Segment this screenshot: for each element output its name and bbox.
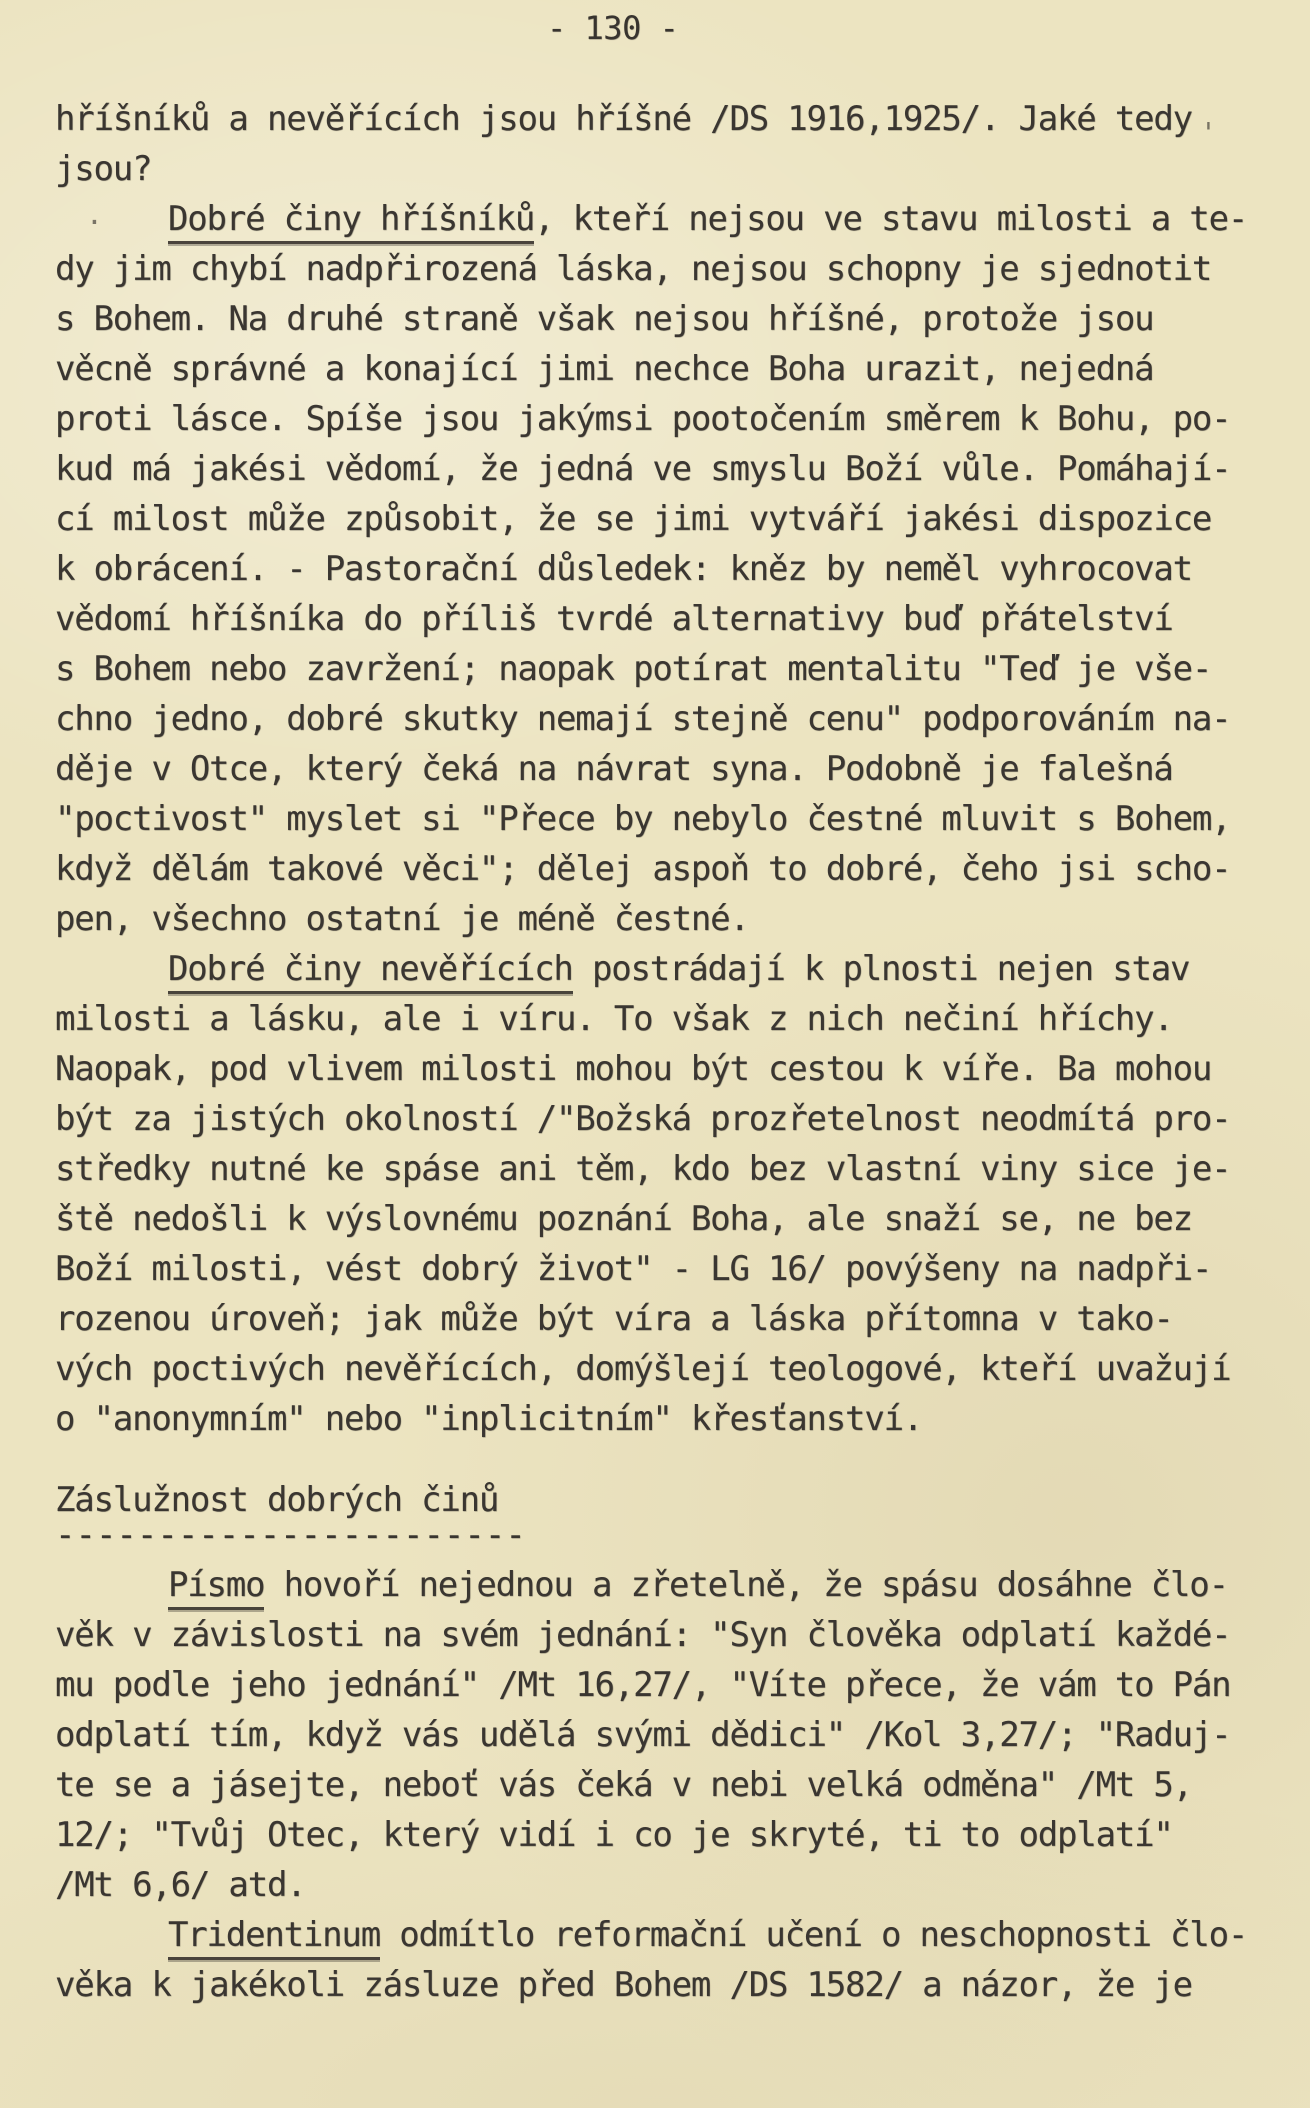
body-text-line: středky nutné ke spáse ani těm, kdo bez … [55, 1144, 1270, 1194]
body-text-line: proti lásce. Spíše jsou jakýmsi pootočen… [55, 394, 1270, 444]
body-text-line: "poctivost" myslet si "Přece by nebylo č… [55, 794, 1270, 844]
body-text-line: hříšníků a nevěřících jsou hříšné /DS 19… [55, 94, 1270, 144]
body-text-line: věk v závislosti na svém jednání: "Syn č… [55, 1610, 1270, 1660]
body-text-line: jsou? [55, 144, 1270, 194]
page-number: - 130 - [547, 8, 678, 48]
body-text-line: s Bohem nebo zavržení; naopak potírat me… [55, 644, 1270, 694]
body-text-line: 12/; "Tvůj Otec, který vidí i co je skry… [55, 1810, 1270, 1860]
body-text-line: ště nedošli k výslovnému poznání Boha, a… [55, 1194, 1270, 1244]
body-text-line: o "anonymním" nebo "inplicitním" křesťan… [55, 1394, 1270, 1444]
paragraph-good-deeds-of-unbelievers: Dobré činy nevěřících postrádají k plnos… [55, 944, 1270, 1444]
body-text-line: Boží milosti, vést dobrý život" - LG 16/… [55, 1244, 1270, 1294]
body-text-line: být za jistých okolností /"Božská prozře… [55, 1094, 1270, 1144]
paragraph-tridentinum: Tridentinum odmítlo reformační učení o n… [55, 1910, 1270, 2010]
section-heading-block: Záslužnost dobrých činů ----------------… [55, 1475, 1270, 1560]
line-rest: postrádají k plnosti nejen stav [573, 949, 1190, 989]
line-rest: hovoří nejednou a zřetelně, že spásu dos… [264, 1565, 1228, 1605]
body-text-line: s Bohem. Na druhé straně však nejsou hří… [55, 294, 1270, 344]
body-text-line: když dělám takové věci"; dělej aspoň to … [55, 844, 1270, 894]
scanned-document-page: - 130 - ' . hříšníků a nevěřících jsou h… [0, 0, 1310, 2010]
body-text-line: milosti a lásku, ale i víru. To však z n… [55, 994, 1270, 1044]
body-text-line: věka k jakékoli zásluze před Bohem /DS 1… [55, 1960, 1270, 2010]
body-text-line: chno jedno, dobré skutky nemají stejně c… [55, 694, 1270, 744]
body-text-line: věcně správné a konající jimi nechce Boh… [55, 344, 1270, 394]
body-text-line: dy jim chybí nadpřirozená láska, nejsou … [55, 244, 1270, 294]
body-text-line: mu podle jeho jednání" /Mt 16,27/, "Víte… [55, 1660, 1270, 1710]
line-rest: , kteří nejsou ve stavu milosti a te- [534, 199, 1247, 239]
body-text-line: vých poctivých nevěřících, domýšlejí teo… [55, 1344, 1270, 1394]
underlined-lead: Písmo [168, 1565, 264, 1610]
paragraph-scripture: Písmo hovoří nejednou a zřetelně, že spá… [55, 1560, 1270, 1910]
body-text-line: vědomí hříšníka do příliš tvrdé alternat… [55, 594, 1270, 644]
scan-speck: . [86, 190, 102, 240]
paragraph-good-deeds-of-sinners: Dobré činy hříšníků, kteří nejsou ve sta… [55, 194, 1270, 944]
underlined-lead: Tridentinum [168, 1915, 380, 1960]
underlined-lead: Dobré činy nevěřících [168, 949, 573, 994]
heading-dashed-underline: ----------------------- [55, 1510, 1270, 1560]
body-text-line: /Mt 6,6/ atd. [55, 1860, 1270, 1910]
paragraph-opening: hříšníků a nevěřících jsou hříšné /DS 19… [55, 94, 1270, 194]
body-text-line: cí milost může způsobit, že se jimi vytv… [55, 494, 1270, 544]
scan-speck: ' [1200, 108, 1216, 158]
body-text-line: děje v Otce, který čeká na návrat syna. … [55, 744, 1270, 794]
underlined-lead: Dobré činy hříšníků [168, 199, 534, 244]
body-text-line: pen, všechno ostatní je méně čestné. [55, 894, 1270, 944]
body-text-line: rozenou úroveň; jak může být víra a lásk… [55, 1294, 1270, 1344]
body-text-line: Naopak, pod vlivem milosti mohou být ces… [55, 1044, 1270, 1094]
body-text-line: odplatí tím, když vás udělá svými dědici… [55, 1710, 1270, 1760]
body-text-line: te se a jásejte, neboť vás čeká v nebi v… [55, 1760, 1270, 1810]
body-text-line: Písmo hovoří nejednou a zřetelně, že spá… [55, 1560, 1270, 1610]
body-text-line: Dobré činy nevěřících postrádají k plnos… [55, 944, 1270, 994]
line-rest: odmítlo reformační učení o neschopnosti … [380, 1915, 1247, 1955]
body-text-line: k obrácení. - Pastorační důsledek: kněz … [55, 544, 1270, 594]
body-text-line: Dobré činy hříšníků, kteří nejsou ve sta… [55, 194, 1270, 244]
body-text-line: Tridentinum odmítlo reformační učení o n… [55, 1910, 1270, 1960]
body-text-line: kud má jakési vědomí, že jedná ve smyslu… [55, 444, 1270, 494]
